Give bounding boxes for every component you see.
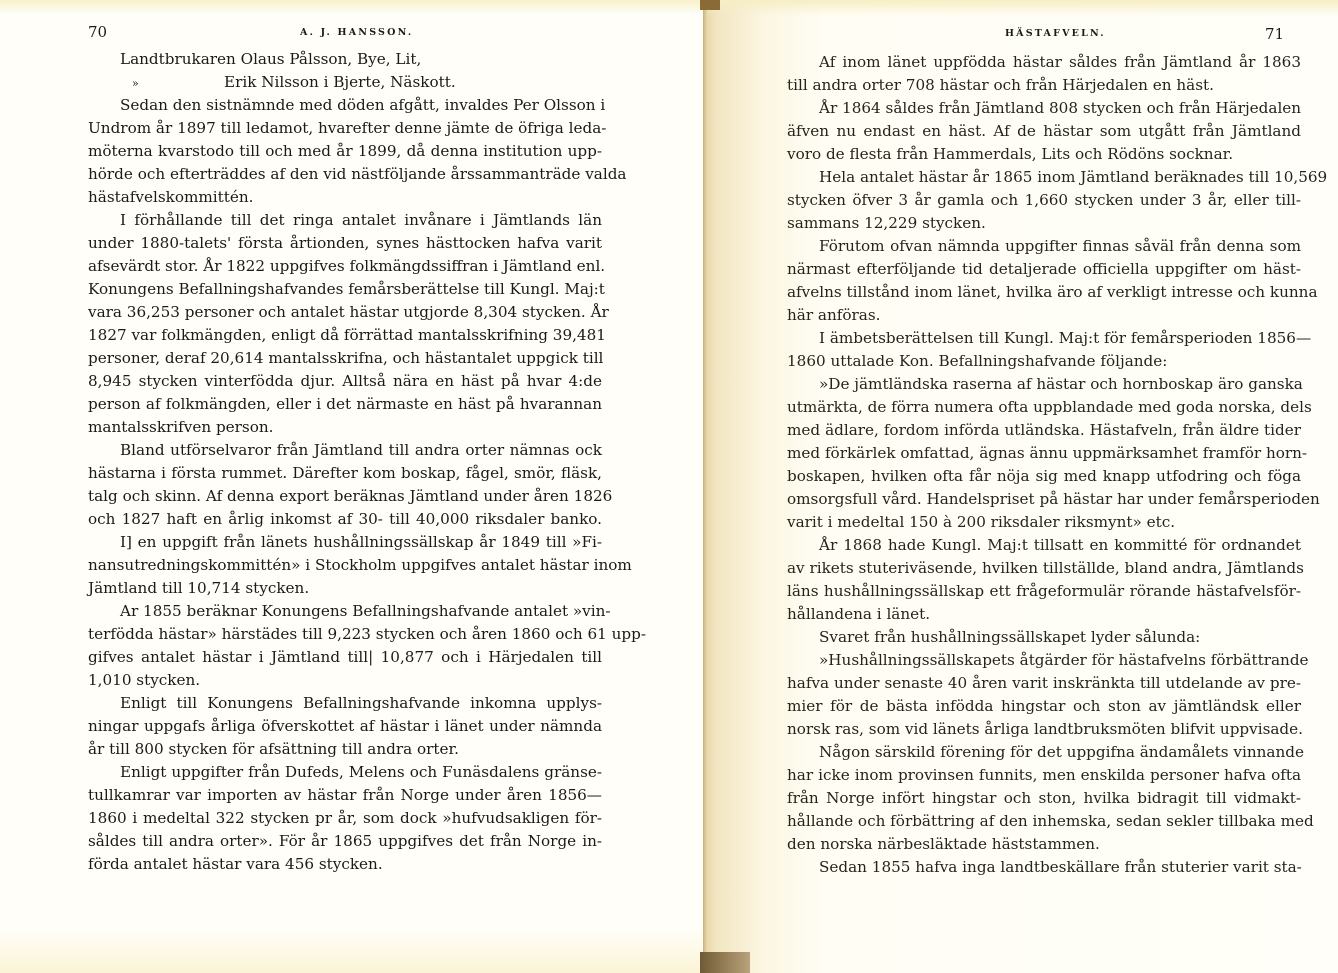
text-line: tullkamrar var importen av hästar från N… bbox=[88, 784, 602, 807]
text-line: »De jämtländska raserna af hästar och ho… bbox=[787, 373, 1301, 396]
text-line: av rikets stuteriväsende, hvilken tillst… bbox=[787, 557, 1301, 580]
text-line: Sedan 1855 hafva inga landtbeskällare fr… bbox=[787, 856, 1301, 879]
text-line: boskapen, hvilken ofta får nöja sig med … bbox=[787, 465, 1301, 488]
text-line: Jämtland till 10,714 stycken. bbox=[88, 577, 602, 600]
text-line: utmärkta, de förra numera ofta uppblanda… bbox=[787, 396, 1301, 419]
text-line: hållande och förbättring af den inhemska… bbox=[787, 810, 1301, 833]
text-line: sammans 12,229 stycken. bbox=[787, 212, 1301, 235]
text-line: hafva under senaste 40 åren varit inskrä… bbox=[787, 672, 1301, 695]
text-line-content: Erik Nilsson i Bjerte, Näskott. bbox=[224, 73, 456, 91]
text-line: närmast efterföljande tid detaljerade of… bbox=[787, 258, 1301, 281]
right-page: HÄSTAFVELN. 71 Af inom länet uppfödda hä… bbox=[703, 0, 1338, 973]
text-line: År 1864 såldes från Jämtland 808 stycken… bbox=[787, 97, 1301, 120]
left-page: 70 A. J. HANSSON. Landtbrukaren Olaus På… bbox=[0, 0, 703, 973]
book-spread: 70 A. J. HANSSON. Landtbrukaren Olaus På… bbox=[0, 0, 1338, 973]
text-line: norsk ras, som vid länets årliga landtbr… bbox=[787, 718, 1301, 741]
text-line: 1860 uttalade Kon. Befallningshafvande f… bbox=[787, 350, 1301, 373]
text-line: Någon särskild förening för det uppgifna… bbox=[787, 741, 1301, 764]
text-line: personer, deraf 20,614 mantalsskrifna, o… bbox=[88, 347, 602, 370]
text-line: afvelns tillstånd inom länet, hvilka äro… bbox=[787, 281, 1301, 304]
right-page-body-text: Af inom länet uppfödda hästar såldes frå… bbox=[787, 51, 1301, 879]
ditto-mark: » bbox=[132, 72, 224, 95]
text-line: »Hushållningssällskapets åtgärder för hä… bbox=[787, 649, 1301, 672]
text-line: Svaret från hushållningssällskapet lyder… bbox=[787, 626, 1301, 649]
text-line: såldes till andra orter». För år 1865 up… bbox=[88, 830, 602, 853]
text-line: år till 800 stycken för afsättning till … bbox=[88, 738, 602, 761]
text-line: vara 36,253 personer och antalet hästar … bbox=[88, 301, 602, 324]
text-line: läns hushållningssällskap ett frågeformu… bbox=[787, 580, 1301, 603]
text-line: gifves antalet hästar i Jämtland till| 1… bbox=[88, 646, 602, 669]
text-line: afsevärdt stor. År 1822 uppgifves folkmä… bbox=[88, 255, 602, 278]
page-number-right: 71 bbox=[1265, 24, 1284, 44]
text-line: hästafvelskommittén. bbox=[88, 186, 602, 209]
book-gutter bbox=[703, 0, 707, 973]
text-line: mier för de bästa infödda hingstar och s… bbox=[787, 695, 1301, 718]
text-line: 1,010 stycken. bbox=[88, 669, 602, 692]
text-line: Bland utförselvaror från Jämtland till a… bbox=[88, 439, 602, 462]
text-line: varit i medeltal 150 à 200 riksdaler rik… bbox=[787, 511, 1301, 534]
text-line: omsorgsfull vård. Handelspriset på hästa… bbox=[787, 488, 1301, 511]
text-line: Af inom länet uppfödda hästar såldes frå… bbox=[787, 51, 1301, 74]
text-line: nansutredningskommittén» i Stockholm upp… bbox=[88, 554, 602, 577]
text-line: I] en uppgift från länets hushållningssä… bbox=[88, 531, 602, 554]
text-line: mantalsskrifven person. bbox=[88, 416, 602, 439]
running-head-right: HÄSTAFVELN. bbox=[1005, 24, 1106, 44]
text-line: och 1827 haft en årlig inkomst af 30- ti… bbox=[88, 508, 602, 531]
text-line: voro de flesta från Hammerdals, Lits och… bbox=[787, 143, 1301, 166]
text-line: här anföras. bbox=[787, 304, 1301, 327]
text-line: 1860 i medeltal 322 stycken pr år, som d… bbox=[88, 807, 602, 830]
spine-shadow-bottom bbox=[700, 952, 750, 973]
text-line: Undrom år 1897 till ledamot, hvarefter d… bbox=[88, 117, 602, 140]
text-line: Landtbrukaren Olaus Pålsson, Bye, Lit, bbox=[88, 48, 602, 71]
left-page-body-text: Landtbrukaren Olaus Pålsson, Bye, Lit,»E… bbox=[88, 48, 602, 876]
text-line: möterna kvarstodo till och med år 1899, … bbox=[88, 140, 602, 163]
text-line: under 1880-talets' första årtionden, syn… bbox=[88, 232, 602, 255]
text-line: förda antalet hästar vara 456 stycken. bbox=[88, 853, 602, 876]
text-line: »Erik Nilsson i Bjerte, Näskott. bbox=[88, 71, 602, 94]
text-line: äfven nu endast en häst. Af de hästar so… bbox=[787, 120, 1301, 143]
text-line: med förkärlek omfattad, ägnas ännu uppmä… bbox=[787, 442, 1301, 465]
text-line: Enligt till Konungens Befallningshafvand… bbox=[88, 692, 602, 715]
text-line: stycken öfver 3 år gamla och 1,660 styck… bbox=[787, 189, 1301, 212]
text-line: från Norge infört hingstar och ston, hvi… bbox=[787, 787, 1301, 810]
text-line: 1827 var folkmängden, enligt då förrätta… bbox=[88, 324, 602, 347]
text-line: person af folkmängden, eller i det närma… bbox=[88, 393, 602, 416]
text-line: 8,945 stycken vinterfödda djur. Alltså n… bbox=[88, 370, 602, 393]
text-line: hästarna i första rummet. Därefter kom b… bbox=[88, 462, 602, 485]
text-line: till andra orter 708 hästar och från Här… bbox=[787, 74, 1301, 97]
text-line: Sedan den sistnämnde med döden afgått, i… bbox=[88, 94, 602, 117]
text-line: hållandena i länet. bbox=[787, 603, 1301, 626]
text-line: Förutom ofvan nämnda uppgifter finnas så… bbox=[787, 235, 1301, 258]
text-line: talg och skinn. Af denna export beräknas… bbox=[88, 485, 602, 508]
text-line: I förhållande till det ringa antalet inv… bbox=[88, 209, 602, 232]
text-line: med ädlare, fordom införda utländska. Hä… bbox=[787, 419, 1301, 442]
text-line: hörde och efterträddes af den vid nästfö… bbox=[88, 163, 602, 186]
text-line: Enligt uppgifter från Dufeds, Melens och… bbox=[88, 761, 602, 784]
text-line: terfödda hästar» härstädes till 9,223 st… bbox=[88, 623, 602, 646]
text-line: den norska närbesläktade häststammen. bbox=[787, 833, 1301, 856]
text-line: ningar uppgafs årliga öfverskottet af hä… bbox=[88, 715, 602, 738]
running-head-left: A. J. HANSSON. bbox=[300, 23, 413, 43]
page-number-left: 70 bbox=[88, 22, 107, 42]
text-line: Ar 1855 beräknar Konungens Befallningsha… bbox=[88, 600, 602, 623]
page-edge-shade bbox=[703, 0, 1338, 16]
text-line: År 1868 hade Kungl. Maj:t tillsatt en ko… bbox=[787, 534, 1301, 557]
text-line: Hela antalet hästar år 1865 inom Jämtlan… bbox=[787, 166, 1301, 189]
text-line: Konungens Befallningshafvandes femårsber… bbox=[88, 278, 602, 301]
text-line: I ämbetsberättelsen till Kungl. Maj:t fö… bbox=[787, 327, 1301, 350]
text-line: har icke inom provinsen funnits, men ens… bbox=[787, 764, 1301, 787]
spine-shadow-top bbox=[700, 0, 720, 10]
